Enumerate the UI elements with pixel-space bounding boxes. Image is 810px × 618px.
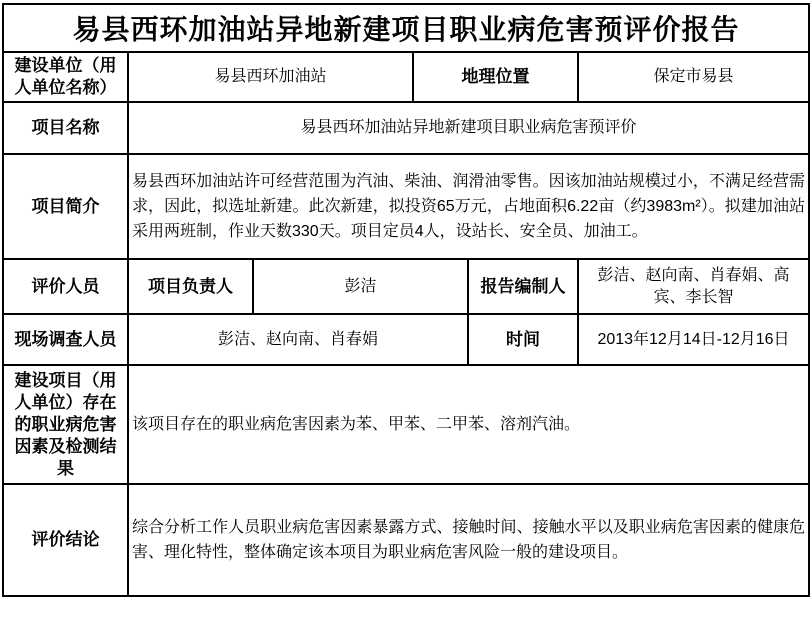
report-compilers-label: 报告编制人 [468,259,578,314]
title-row: 易县西环加油站异地新建项目职业病危害预评价报告 [3,4,809,52]
conclusion-label: 评价结论 [3,484,128,596]
hazard-factors-row: 建设项目（用人单位）存在的职业病危害因素及检测结果 该项目存在的职业病危害因素为… [3,365,809,484]
project-brief-label: 项目简介 [3,154,128,259]
project-name-row: 项目名称 易县西环加油站异地新建项目职业病危害预评价 [3,102,809,154]
survey-time-label: 时间 [468,314,578,365]
survey-time-value: 2013年12月14日-12月16日 [578,314,809,365]
project-brief-value: 易县西环加油站许可经营范围为汽油、柴油、润滑油零售。因该加油站规模过小，不满足经… [128,154,809,259]
project-name-label: 项目名称 [3,102,128,154]
geographic-location-value: 保定市易县 [578,52,809,102]
construction-unit-row: 建设单位（用人单位名称） 易县西环加油站 地理位置 保定市易县 [3,52,809,102]
conclusion-row: 评价结论 综合分析工作人员职业病危害因素暴露方式、接触时间、接触水平以及职业病危… [3,484,809,596]
evaluators-row: 评价人员 项目负责人 彭洁 报告编制人 彭洁、赵向南、肖春娟、高宾、李长智 [3,259,809,314]
report-table: 易县西环加油站异地新建项目职业病危害预评价报告 建设单位（用人单位名称） 易县西… [2,3,810,597]
evaluators-label: 评价人员 [3,259,128,314]
report-title: 易县西环加油站异地新建项目职业病危害预评价报告 [3,4,809,52]
hazard-factors-value: 该项目存在的职业病危害因素为苯、甲苯、二甲苯、溶剂汽油。 [128,365,809,484]
site-survey-value: 彭洁、赵向南、肖春娟 [128,314,468,365]
project-brief-row: 项目简介 易县西环加油站许可经营范围为汽油、柴油、润滑油零售。因该加油站规模过小… [3,154,809,259]
site-survey-label: 现场调查人员 [3,314,128,365]
construction-unit-label: 建设单位（用人单位名称） [3,52,128,102]
project-name-value: 易县西环加油站异地新建项目职业病危害预评价 [128,102,809,154]
geographic-location-label: 地理位置 [413,52,578,102]
conclusion-value: 综合分析工作人员职业病危害因素暴露方式、接触时间、接触水平以及职业病危害因素的健… [128,484,809,596]
construction-unit-value: 易县西环加油站 [128,52,413,102]
hazard-factors-label: 建设项目（用人单位）存在的职业病危害因素及检测结果 [3,365,128,484]
project-leader-label: 项目负责人 [128,259,253,314]
report-compilers-value: 彭洁、赵向南、肖春娟、高宾、李长智 [578,259,809,314]
project-leader-value: 彭洁 [253,259,468,314]
site-survey-row: 现场调查人员 彭洁、赵向南、肖春娟 时间 2013年12月14日-12月16日 [3,314,809,365]
